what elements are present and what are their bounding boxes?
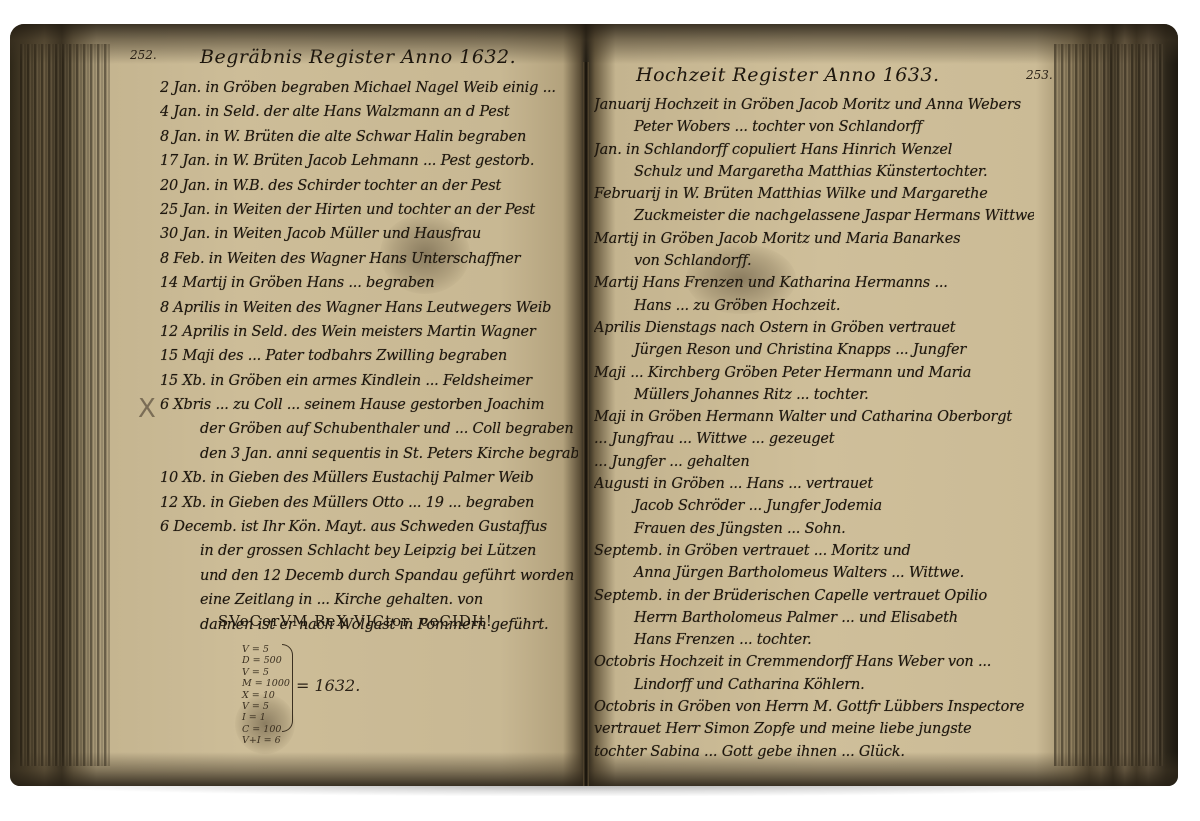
entry-line: und den 12 Decemb durch Spandau geführt … <box>160 564 578 588</box>
entry-line: 25 Jan. in Weiten der Hirten und tochter… <box>160 198 578 222</box>
entry-line: den 3 Jan. anni sequentis in St. Peters … <box>160 442 578 466</box>
margin-mark: X <box>138 394 156 424</box>
entry-line: 14 Martij in Gröben Hans ... begraben <box>160 271 578 295</box>
entry-line: 15 Xb. in Gröben ein armes Kindlein ... … <box>160 369 578 393</box>
entry-line: 30 Jan. in Weiten Jacob Müller und Hausf… <box>160 222 578 246</box>
entry-line: 2 Jan. in Gröben begraben Michael Nagel … <box>160 76 578 100</box>
entry-line: Schulz und Margaretha Matthias Künsterto… <box>594 161 1034 183</box>
left-page: 252. Begräbnis Register Anno 1632. 2 Jan… <box>10 24 586 786</box>
entry-line: Augusti in Gröben ... Hans ... vertrauet <box>594 473 1034 495</box>
entry-line: von Schlandorff. <box>594 250 1034 272</box>
chronogram-brace <box>282 644 293 732</box>
entry-list: 2 Jan. in Gröben begraben Michael Nagel … <box>160 76 578 637</box>
entry-line: 6 Decemb. ist Ihr Kön. Mayt. aus Schwede… <box>160 515 578 539</box>
entry-line: Hans ... zu Gröben Hochzeit. <box>594 295 1034 317</box>
entry-list: Januarij Hochzeit in Gröben Jacob Moritz… <box>594 94 1034 763</box>
entry-line: eine Zeitlang in ... Kirche gehalten. vo… <box>160 588 578 612</box>
open-register-book: 252. Begräbnis Register Anno 1632. 2 Jan… <box>10 24 1178 786</box>
chronogram-entry: V+I = 6 <box>242 735 290 746</box>
right-page-top-shadow <box>586 24 1178 64</box>
entry-line: vertrauet Herr Simon Zopfe und meine lie… <box>594 718 1034 740</box>
entry-line: Müllers Johannes Ritz ... tochter. <box>594 384 1034 406</box>
entry-line: Jacob Schröder ... Jungfer Jodemia <box>594 495 1034 517</box>
entry-line: Hans Frenzen ... tochter. <box>594 629 1034 651</box>
page-title: Hochzeit Register Anno 1633. <box>636 64 940 86</box>
entry-line: Jan. in Schlandorff copuliert Hans Hinri… <box>594 139 1034 161</box>
entry-line: Frauen des Jüngsten ... Sohn. <box>594 518 1034 540</box>
entry-line: 10 Xb. in Gieben des Müllers Eustachij P… <box>160 466 578 490</box>
page-title: Begräbnis Register Anno 1632. <box>200 46 516 68</box>
entry-line: Septemb. in der Brüderischen Capelle ver… <box>594 585 1034 607</box>
entry-line: Februarij in W. Brüten Matthias Wilke un… <box>594 183 1034 205</box>
entry-line: Aprilis Dienstags nach Ostern in Gröben … <box>594 317 1034 339</box>
entry-line: Octobris Hochzeit in Cremmendorff Hans W… <box>594 651 1034 673</box>
entry-line: Lindorff und Catharina Köhlern. <box>594 674 1034 696</box>
entry-line: 20 Jan. in W.B. des Schirder tochter an … <box>160 174 578 198</box>
entry-line: ... Jungfrau ... Wittwe ... gezeuget <box>594 428 1034 450</box>
entry-line: Anna Jürgen Bartholomeus Walters ... Wit… <box>594 562 1034 584</box>
left-page-edges <box>20 44 110 766</box>
entry-line: Maji in Gröben Hermann Walter und Cathar… <box>594 406 1034 428</box>
entry-line: Octobris in Gröben von Herrn M. Gottfr L… <box>594 696 1034 718</box>
entry-line: 8 Jan. in W. Brüten die alte Schwar Hali… <box>160 125 578 149</box>
entry-line: 8 Aprilis in Weiten des Wagner Hans Leut… <box>160 296 578 320</box>
book-spine <box>583 62 589 786</box>
entry-line: 4 Jan. in Seld. der alte Hans Walzmann a… <box>160 100 578 124</box>
entry-line: Martij in Gröben Jacob Moritz und Maria … <box>594 228 1034 250</box>
page-number: 253. <box>1026 68 1053 82</box>
entry-line: Jürgen Reson und Christina Knapps ... Ju… <box>594 339 1034 361</box>
entry-line: in der grossen Schlacht bey Leipzig bei … <box>160 539 578 563</box>
entry-line: 17 Jan. in W. Brüten Jacob Lehmann ... P… <box>160 149 578 173</box>
entry-line: Septemb. in Gröben vertrauet ... Moritz … <box>594 540 1034 562</box>
entry-line: Zuckmeister die nachgelassene Jaspar Her… <box>594 205 1034 227</box>
entry-line: ... Jungfer ... gehalten <box>594 451 1034 473</box>
entry-line: Maji ... Kirchberg Gröben Peter Hermann … <box>594 362 1034 384</box>
entry-line: 15 Maji des ... Pater todbahrs Zwilling … <box>160 344 578 368</box>
entry-line: tochter Sabina ... Gott gebe ihnen ... G… <box>594 741 1034 763</box>
left-page-bottom-shadow <box>10 752 586 786</box>
chronogram-motto: SVeCorVM ReX VICtor, ceCIDIt! <box>218 612 493 630</box>
entry-line: 12 Aprilis in Seld. des Wein meisters Ma… <box>160 320 578 344</box>
entry-line: 8 Feb. in Weiten des Wagner Hans Untersc… <box>160 247 578 271</box>
entry-line: der Gröben auf Schubenthaler und ... Col… <box>160 417 578 441</box>
right-page-edges <box>1054 44 1164 766</box>
entry-line: Januarij Hochzeit in Gröben Jacob Moritz… <box>594 94 1034 116</box>
right-page: Hochzeit Register Anno 1633. 253. Januar… <box>586 24 1178 786</box>
entry-line: Martij Hans Frenzen und Katharina Herman… <box>594 272 1034 294</box>
entry-line: Herrn Bartholomeus Palmer ... und Elisab… <box>594 607 1034 629</box>
page-number: 252. <box>130 48 157 62</box>
entry-line: Peter Wobers ... tochter von Schlandorff <box>594 116 1034 138</box>
chronogram-result: = 1632. <box>296 676 360 695</box>
entry-line: 6 Xbris ... zu Coll ... seinem Hause ges… <box>160 393 578 417</box>
entry-line: 12 Xb. in Gieben des Müllers Otto ... 19… <box>160 491 578 515</box>
